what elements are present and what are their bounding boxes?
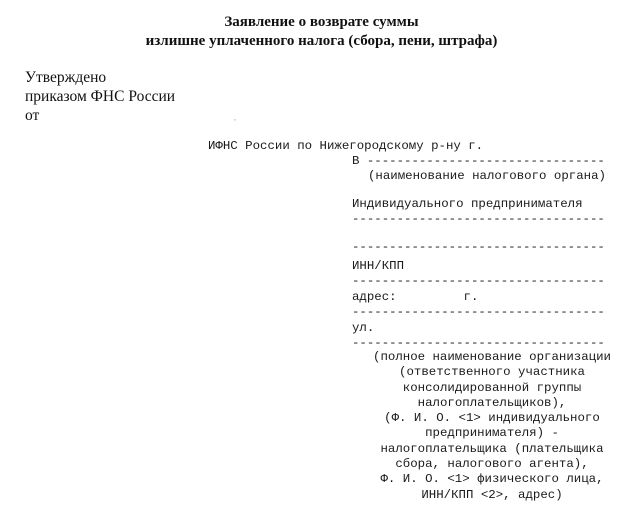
note-line: консолидированной группы bbox=[352, 381, 632, 396]
ifns-line: ИФНС России по Нижегородскому р-ну г. bbox=[208, 139, 483, 154]
title-line-1: Заявление о возврате суммы bbox=[0, 13, 643, 32]
note-line: ИНН/КПП <2>, адрес) bbox=[352, 488, 632, 503]
approval-line-3: от bbox=[25, 106, 175, 125]
note-line: Ф. И. О. <1> физического лица, bbox=[352, 472, 632, 487]
recipient-block: В -------------------------------- (наим… bbox=[352, 154, 632, 351]
approval-line-1: Утверждено bbox=[25, 68, 175, 87]
entrepreneur-label: Индивидуального предпринимателя bbox=[352, 197, 632, 212]
field-description-note: (полное наименование организации (ответс… bbox=[352, 350, 632, 503]
document-title: Заявление о возврате суммы излишне уплач… bbox=[0, 13, 643, 51]
note-line: налогоплательщиков), bbox=[352, 396, 632, 411]
note-line: (ответственного участника bbox=[352, 365, 632, 380]
approval-block: Утверждено приказом ФНС России от bbox=[25, 68, 175, 125]
note-line: налогоплательщика (плательщика bbox=[352, 442, 632, 457]
dash-line-3: ---------------------------------- bbox=[352, 274, 632, 289]
street-label: ул. bbox=[352, 321, 632, 336]
dash-line-2: ---------------------------------- bbox=[352, 240, 632, 255]
inn-label: ИНН/КПП bbox=[352, 259, 632, 274]
spacer bbox=[352, 227, 632, 240]
note-line: (полное наименование организации bbox=[352, 350, 632, 365]
to-caption: (наименование налогового органа) bbox=[352, 169, 632, 184]
spacer bbox=[352, 184, 632, 197]
note-line: предпринимателя) - bbox=[352, 426, 632, 441]
approval-line-2: приказом ФНС России bbox=[25, 87, 175, 106]
note-line: (Ф. И. О. <1> индивидуального bbox=[352, 411, 632, 426]
to-line: В -------------------------------- bbox=[352, 154, 632, 169]
title-line-2: излишне уплаченного налога (сбора, пени,… bbox=[0, 32, 643, 51]
dash-line-5: ---------------------------------- bbox=[352, 336, 632, 351]
scan-artifact: , bbox=[234, 113, 236, 122]
address-label: адрес: г. bbox=[352, 290, 632, 305]
dash-line-4: ---------------------------------- bbox=[352, 305, 632, 320]
note-line: сбора, налогового агента), bbox=[352, 457, 632, 472]
dash-line-1: ---------------------------------- bbox=[352, 212, 632, 227]
